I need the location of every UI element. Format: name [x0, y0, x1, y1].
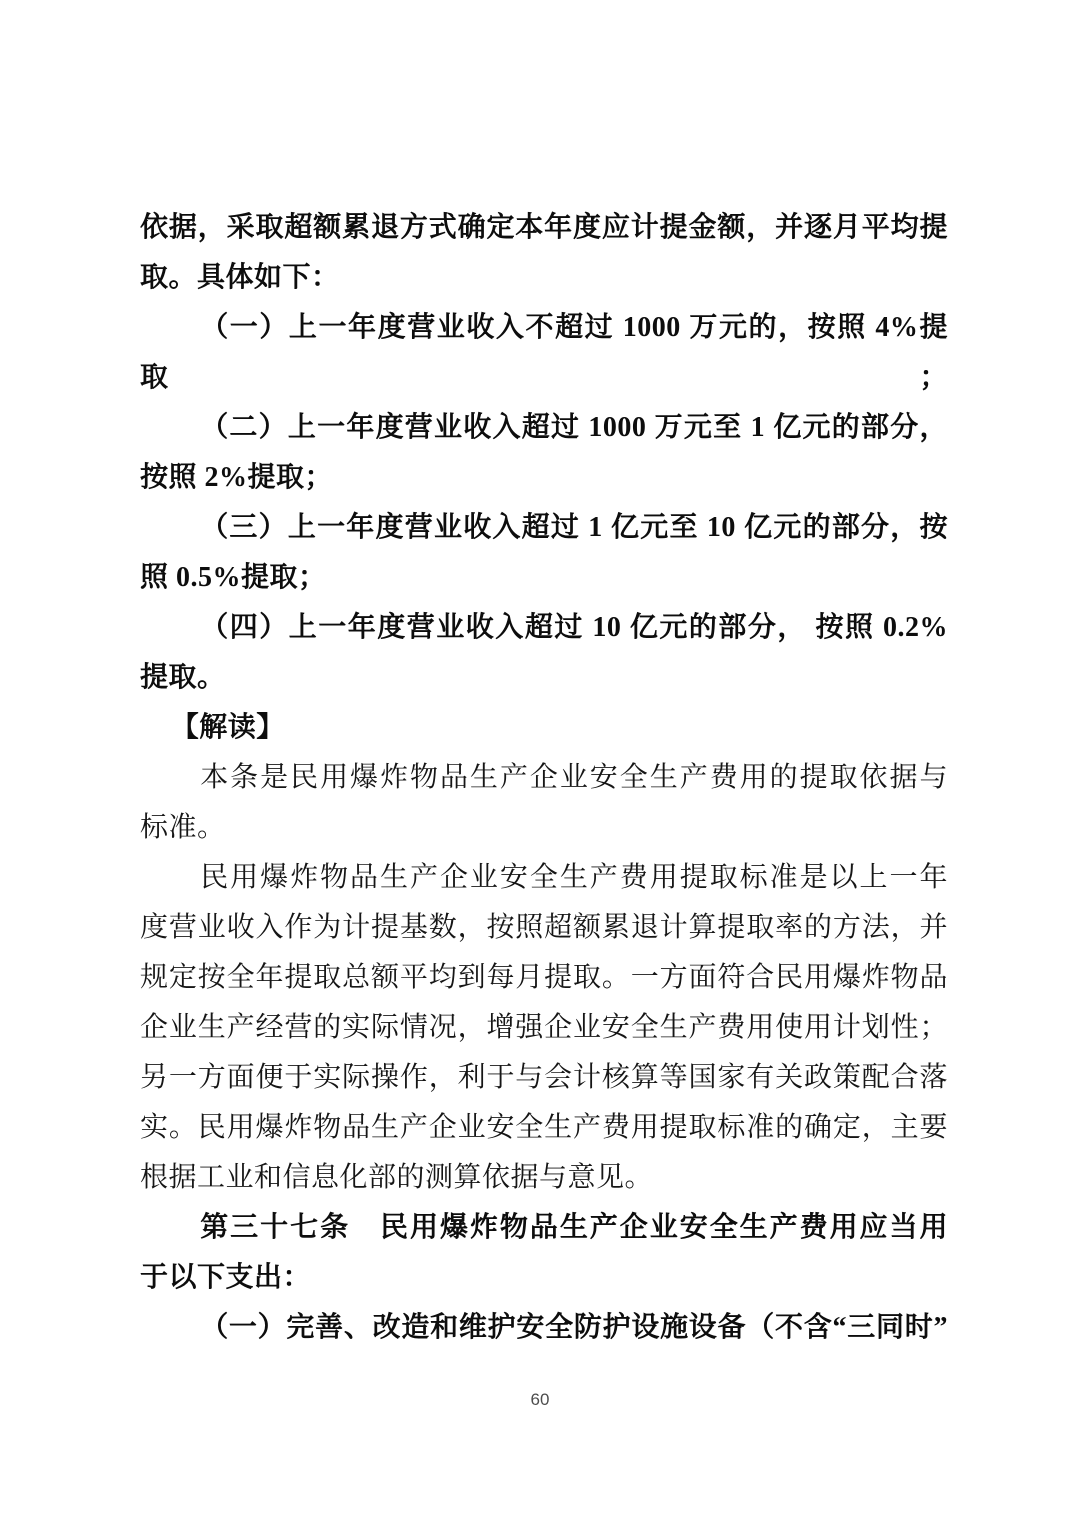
regulation-item-3: （三）上一年度营业收入超过 1 亿元至 10 亿元的部分，按	[140, 503, 948, 553]
interpretation-line: 度营业收入作为计提基数，按照超额累退计算提取率的方法，并	[140, 903, 948, 953]
regulation-line: 提取。	[140, 653, 948, 703]
article-37-line: 于以下支出：	[140, 1253, 948, 1303]
document-page: 依据，采取超额累退方式确定本年度应计提金额，并逐月平均提 取。具体如下： （一）…	[0, 0, 1080, 1527]
regulation-item-2: （二）上一年度营业收入超过 1000 万元至 1 亿元的部分，	[140, 403, 948, 453]
regulation-item-4: （四）上一年度营业收入超过 10 亿元的部分， 按照 0.2%	[140, 603, 948, 653]
regulation-line: 按照 2%提取；	[140, 453, 948, 503]
interpretation-line: 民用爆炸物品生产企业安全生产费用提取标准是以上一年	[140, 853, 948, 903]
interpretation-line: 根据工业和信息化部的测算依据与意见。	[140, 1153, 948, 1203]
interpretation-line: 企业生产经营的实际情况，增强企业安全生产费用使用计划性；	[140, 1003, 948, 1053]
interpretation-line: 另一方面便于实际操作，利于与会计核算等国家有关政策配合落	[140, 1053, 948, 1103]
regulation-line: 取。具体如下：	[140, 253, 948, 303]
interpretation-line: 规定按全年提取总额平均到每月提取。一方面符合民用爆炸物品	[140, 953, 948, 1003]
regulation-line: 照 0.5%提取；	[140, 553, 948, 603]
page-number: 60	[0, 1390, 1080, 1410]
regulation-item-1: （一）上一年度营业收入不超过 1000 万元的，按照 4%提取；	[140, 303, 948, 403]
interpretation-line: 本条是民用爆炸物品生产企业安全生产费用的提取依据与	[140, 753, 948, 803]
article-37-heading: 第三十七条 民用爆炸物品生产企业安全生产费用应当用	[140, 1203, 948, 1253]
interpretation-line: 实。民用爆炸物品生产企业安全生产费用提取标准的确定，主要	[140, 1103, 948, 1153]
article-37-item-1: （一）完善、改造和维护安全防护设施设备（不含“三同时”	[140, 1303, 948, 1353]
interpretation-line: 标准。	[140, 803, 948, 853]
text-content: 依据，采取超额累退方式确定本年度应计提金额，并逐月平均提 取。具体如下： （一）…	[140, 203, 948, 1353]
regulation-line: 依据，采取超额累退方式确定本年度应计提金额，并逐月平均提	[140, 203, 948, 253]
interpretation-label: 【解读】	[140, 703, 948, 753]
